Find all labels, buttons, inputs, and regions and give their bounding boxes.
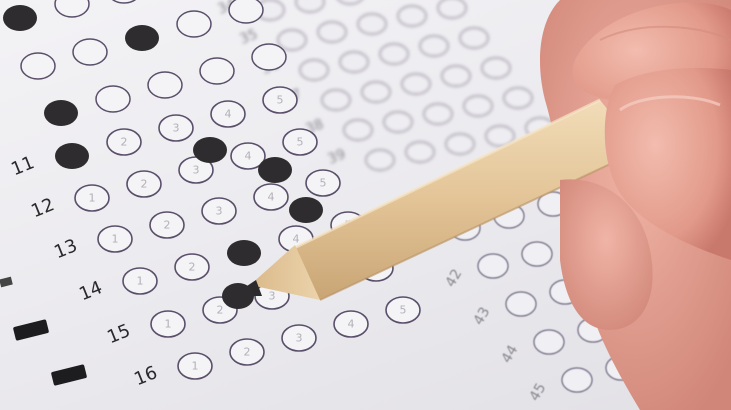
bubble-label: 1 <box>89 192 96 205</box>
answer-bubble[interactable] <box>478 254 508 278</box>
bubble-label: 4 <box>245 150 252 163</box>
answer-sheet-photo: 343536373839 4142434445 1123451212345131… <box>0 0 731 410</box>
answer-bubble[interactable] <box>21 53 55 79</box>
answer-bubble[interactable] <box>148 72 182 98</box>
bubble-label: 3 <box>193 164 200 177</box>
bubble-label: 2 <box>121 136 128 149</box>
answer-bubble[interactable] <box>562 368 592 392</box>
bubble-label: 1 <box>112 233 119 246</box>
bubble-label: 1 <box>137 275 144 288</box>
bubble-label: 5 <box>400 304 407 317</box>
timing-marks <box>0 277 87 386</box>
bubble-label: 2 <box>189 261 196 274</box>
filled-bubble[interactable] <box>3 5 37 31</box>
question-number: 45 <box>527 381 550 404</box>
photo-illustration: 343536373839 4142434445 1123451212345131… <box>0 0 731 410</box>
filled-bubble[interactable] <box>258 157 292 183</box>
answer-bubble[interactable] <box>522 242 552 266</box>
filled-bubble[interactable] <box>44 100 78 126</box>
answer-bubble[interactable] <box>96 86 130 112</box>
bubble-label: 2 <box>141 178 148 191</box>
question-number: 15 <box>104 320 133 348</box>
filled-bubble-14 <box>222 283 254 309</box>
answer-bubble[interactable] <box>506 292 536 316</box>
answer-bubble[interactable] <box>534 330 564 354</box>
svg-text:35: 35 <box>238 26 261 48</box>
bubble-label: 4 <box>348 318 355 331</box>
question-number: 13 <box>51 235 80 263</box>
answer-bubble[interactable] <box>73 39 107 65</box>
bubble-label: 4 <box>293 233 300 246</box>
answer-bubble[interactable] <box>200 58 234 84</box>
bubble-label: 2 <box>244 346 251 359</box>
question-number: 11 <box>8 152 37 180</box>
bubble-label: 3 <box>296 332 303 345</box>
bubble-label: 1 <box>165 318 172 331</box>
answer-bubble[interactable] <box>229 0 263 23</box>
filled-bubble[interactable] <box>227 240 261 266</box>
bubble-label: 5 <box>277 94 284 107</box>
question-number: 44 <box>499 342 522 366</box>
bubble-label: 4 <box>268 191 275 204</box>
answer-bubble[interactable] <box>177 11 211 37</box>
bubble-label: 3 <box>269 290 276 303</box>
filled-bubble[interactable] <box>125 25 159 51</box>
filled-bubble[interactable] <box>55 143 89 169</box>
bubble-label: 4 <box>225 108 232 121</box>
question-number: 42 <box>443 267 466 290</box>
filled-bubble[interactable] <box>193 137 227 163</box>
answer-bubble[interactable] <box>107 0 141 3</box>
svg-text:39: 39 <box>326 146 349 168</box>
question-number: 16 <box>131 362 160 390</box>
bubble-label: 3 <box>173 122 180 135</box>
bubble-label: 5 <box>320 177 327 190</box>
bubble-label: 2 <box>164 219 171 232</box>
answer-bubble[interactable] <box>55 0 89 17</box>
middle-answer-column: 343536373839 <box>216 0 554 170</box>
bubble-label: 5 <box>297 136 304 149</box>
bubble-label: 3 <box>216 205 223 218</box>
bubble-label: 2 <box>217 304 224 317</box>
question-number: 43 <box>471 305 494 328</box>
answer-bubble[interactable] <box>252 44 286 70</box>
question-number: 12 <box>28 194 57 222</box>
bubble-label: 1 <box>192 360 199 373</box>
question-number: 14 <box>76 277 105 305</box>
filled-bubble[interactable] <box>289 197 323 223</box>
